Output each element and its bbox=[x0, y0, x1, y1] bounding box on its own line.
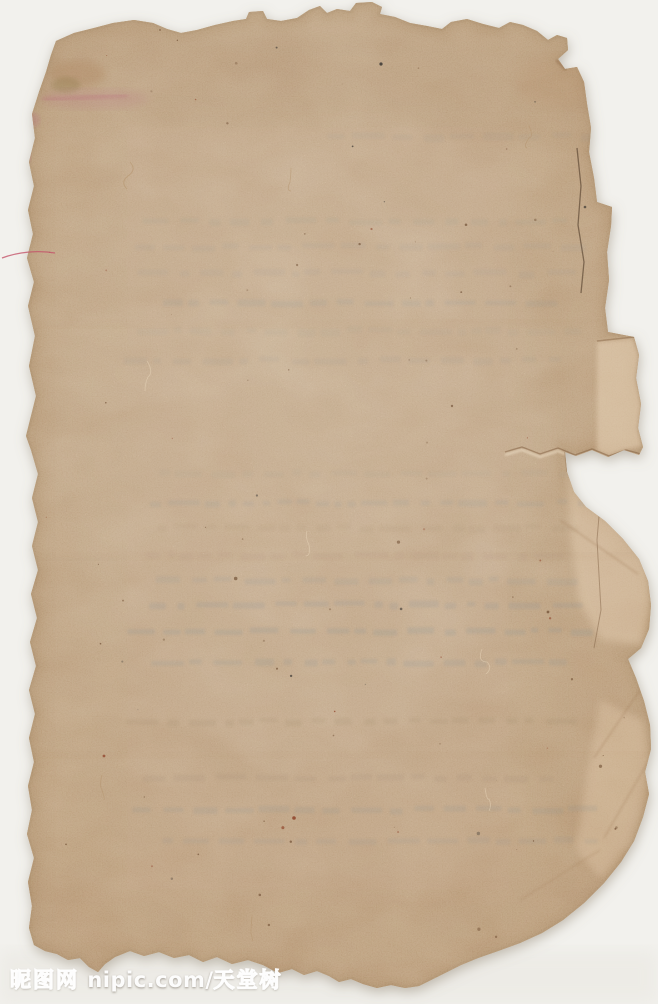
ghost-text-line bbox=[143, 776, 166, 782]
ghost-text-line bbox=[347, 327, 362, 333]
paper-speck bbox=[426, 478, 428, 480]
ghost-text-line bbox=[302, 577, 326, 583]
ghost-text-line bbox=[503, 471, 510, 476]
ghost-text-line bbox=[190, 328, 211, 334]
ghost-text-line bbox=[127, 629, 155, 634]
ghost-text-line bbox=[552, 526, 579, 532]
ghost-text-line bbox=[254, 839, 285, 844]
ghost-text-line bbox=[237, 300, 265, 307]
ghost-text-line bbox=[467, 837, 490, 844]
ghost-text-line bbox=[512, 659, 544, 664]
paper-speck bbox=[205, 527, 206, 528]
paper-speck bbox=[159, 29, 161, 31]
ghost-text-line bbox=[351, 807, 382, 813]
ghost-text-line bbox=[532, 808, 563, 814]
ghost-text-line bbox=[124, 358, 147, 364]
ghost-text-line bbox=[143, 219, 169, 224]
ghost-text-line bbox=[256, 775, 288, 780]
paper-speck bbox=[512, 596, 513, 597]
ghost-text-line bbox=[409, 601, 439, 608]
ghost-text-line bbox=[347, 660, 355, 665]
paper-speck bbox=[268, 924, 270, 926]
ghost-text-line bbox=[185, 629, 206, 635]
ghost-text-line bbox=[247, 328, 257, 333]
paper-speck bbox=[105, 402, 107, 404]
ghost-text-line bbox=[444, 806, 466, 812]
ghost-text-line bbox=[554, 837, 574, 844]
ghost-text-line bbox=[153, 358, 160, 363]
ghost-text-line bbox=[322, 808, 339, 813]
paper-speck bbox=[171, 314, 172, 315]
ghost-text-line bbox=[409, 718, 421, 723]
ghost-text-line bbox=[483, 776, 497, 781]
ghost-text-line bbox=[249, 245, 271, 250]
ghost-text-line bbox=[229, 500, 236, 506]
ghost-text-line bbox=[426, 300, 435, 306]
ghost-text-line bbox=[151, 661, 184, 666]
ghost-text-line bbox=[225, 720, 234, 727]
ghost-text-line bbox=[396, 552, 403, 558]
ghost-text-line bbox=[445, 630, 456, 636]
paper-speck bbox=[614, 828, 616, 830]
ghost-text-line bbox=[485, 603, 499, 610]
ghost-text-line bbox=[280, 525, 290, 531]
ghost-text-line bbox=[364, 718, 375, 725]
paper-speck bbox=[122, 600, 124, 602]
ghost-text-line bbox=[509, 603, 541, 610]
ghost-text-line bbox=[476, 806, 502, 811]
ghost-text-line bbox=[471, 219, 488, 226]
ghost-text-line bbox=[189, 659, 202, 664]
paper-speck bbox=[527, 437, 528, 438]
ghost-text-line bbox=[160, 470, 170, 476]
ghost-text-line bbox=[500, 358, 510, 364]
paper-speck bbox=[397, 540, 400, 543]
ghost-text-line bbox=[528, 330, 556, 335]
paper-speck bbox=[496, 780, 497, 781]
paper-speck bbox=[352, 146, 354, 148]
ghost-text-line bbox=[275, 601, 297, 606]
paper-speck bbox=[177, 40, 178, 41]
ghost-text-line bbox=[239, 719, 254, 725]
ghost-text-line bbox=[294, 807, 314, 813]
ghost-text-line bbox=[175, 471, 202, 476]
ghost-text-line bbox=[168, 500, 200, 506]
ghost-text-line bbox=[364, 472, 390, 477]
ghost-text-line bbox=[296, 499, 309, 504]
ghost-text-line bbox=[322, 659, 335, 664]
paper-speck bbox=[571, 678, 573, 680]
ghost-text-line bbox=[474, 269, 507, 275]
ghost-text-line bbox=[430, 719, 448, 724]
ghost-text-line bbox=[295, 776, 316, 781]
ghost-text-line bbox=[168, 552, 175, 557]
ghost-text-line bbox=[422, 270, 435, 276]
ghost-text-line bbox=[458, 330, 466, 336]
ghost-text-line bbox=[407, 627, 434, 634]
ghost-text-line bbox=[137, 329, 169, 335]
ghost-text-line bbox=[173, 359, 191, 365]
paper-speck bbox=[98, 564, 99, 565]
ghost-text-line bbox=[539, 777, 553, 782]
ghost-text-line bbox=[525, 718, 533, 723]
ghost-text-line bbox=[380, 356, 400, 362]
ghost-text-line bbox=[297, 525, 305, 530]
ghost-text-line bbox=[163, 300, 183, 307]
ghost-text-line bbox=[277, 499, 292, 504]
ghost-text-line bbox=[400, 244, 423, 250]
ghost-text-line bbox=[552, 218, 567, 223]
ghost-text-line bbox=[561, 245, 586, 252]
ghost-text-line bbox=[496, 839, 510, 845]
ghost-text-line bbox=[259, 357, 279, 362]
ghost-text-line bbox=[390, 808, 403, 814]
ghost-text-line bbox=[444, 660, 466, 666]
paper-speck bbox=[235, 62, 238, 65]
paper-speck bbox=[292, 816, 296, 820]
ghost-text-line bbox=[379, 526, 410, 532]
paper-speck bbox=[394, 827, 395, 828]
ghost-text-line bbox=[180, 554, 193, 560]
ghost-text-line bbox=[214, 630, 242, 635]
ghost-text-line bbox=[282, 578, 291, 583]
ghost-text-line bbox=[389, 219, 401, 224]
ghost-text-line bbox=[546, 719, 577, 725]
ghost-text-line bbox=[146, 553, 160, 559]
ghost-text-line bbox=[327, 628, 350, 633]
paper-speck bbox=[599, 765, 602, 768]
paper-speck bbox=[247, 380, 248, 381]
ghost-text-line bbox=[504, 776, 528, 783]
paper-speck bbox=[103, 755, 106, 758]
paper-speck bbox=[329, 608, 331, 610]
paper-speck bbox=[509, 285, 511, 287]
ghost-text-line bbox=[522, 357, 536, 362]
torn-flap-upper bbox=[597, 338, 642, 456]
paper-speck bbox=[172, 438, 173, 439]
ghost-text-line bbox=[245, 579, 276, 585]
ghost-text-line bbox=[163, 838, 173, 844]
paper-speck bbox=[539, 560, 541, 562]
ghost-text-line bbox=[163, 245, 184, 250]
ghost-text-line bbox=[374, 601, 382, 607]
ghost-text-line bbox=[284, 659, 293, 665]
ghost-text-line bbox=[500, 219, 508, 226]
ghost-text-line bbox=[553, 603, 583, 608]
ghost-text-line bbox=[221, 329, 234, 335]
paper-speck bbox=[358, 243, 360, 245]
paper-speck bbox=[197, 854, 199, 856]
ghost-text-line bbox=[354, 629, 366, 634]
paper-speck bbox=[408, 359, 410, 361]
ghost-text-line bbox=[177, 603, 184, 610]
ghost-text-line bbox=[158, 525, 167, 531]
ghost-text-line bbox=[222, 243, 238, 249]
ghost-text-line bbox=[484, 554, 508, 559]
ghost-text-line bbox=[473, 358, 492, 365]
ghost-text-line bbox=[232, 271, 242, 277]
ghost-text-line bbox=[548, 628, 562, 633]
paper-speck bbox=[418, 67, 420, 69]
ghost-text-line bbox=[508, 330, 518, 336]
paper-speck bbox=[242, 538, 244, 540]
ghost-text-line bbox=[290, 629, 316, 634]
paper-speck bbox=[65, 843, 67, 845]
ghost-text-line bbox=[243, 501, 254, 506]
paper-speck bbox=[477, 928, 480, 931]
ghost-text-line bbox=[304, 601, 329, 606]
paper-speck bbox=[259, 894, 262, 897]
paper-speck bbox=[163, 638, 165, 640]
ghost-text-line bbox=[519, 134, 540, 139]
ghost-text-line bbox=[515, 220, 546, 225]
ghost-text-line bbox=[494, 245, 514, 251]
ghost-text-line bbox=[462, 553, 474, 560]
paper-speck bbox=[290, 840, 292, 842]
paper-speck bbox=[296, 264, 298, 266]
paper-speck bbox=[46, 517, 47, 518]
ghost-text-line bbox=[239, 358, 247, 364]
ghost-text-line bbox=[359, 526, 373, 533]
ghost-text-line bbox=[312, 553, 342, 559]
ghost-text-line bbox=[163, 630, 181, 635]
ghost-text-line bbox=[399, 577, 418, 583]
ghost-text-line bbox=[420, 329, 452, 335]
paper-speck bbox=[106, 55, 107, 56]
ghost-text-line bbox=[565, 328, 581, 335]
ghost-text-line bbox=[209, 219, 220, 226]
ghost-text-line bbox=[197, 554, 211, 559]
ghost-text-line bbox=[193, 807, 217, 814]
ghost-text-line bbox=[213, 660, 242, 665]
ghost-text-line bbox=[387, 658, 397, 665]
ghost-text-line bbox=[337, 299, 354, 305]
ghost-text-line bbox=[350, 774, 372, 780]
ghost-text-line bbox=[428, 472, 457, 477]
ghost-text-line bbox=[316, 839, 336, 845]
ghost-text-line bbox=[250, 628, 279, 634]
ghost-text-line bbox=[211, 472, 235, 478]
paper-speck bbox=[506, 148, 507, 149]
paper-speck bbox=[465, 224, 468, 227]
paper-speck bbox=[105, 269, 107, 271]
ghost-text-line bbox=[174, 327, 182, 333]
ghost-text-line bbox=[403, 661, 434, 667]
paper-speck bbox=[533, 840, 534, 841]
paper-speck bbox=[423, 528, 425, 530]
paper-speck bbox=[365, 684, 366, 685]
ghost-text-line bbox=[298, 329, 316, 336]
ghost-text-line bbox=[263, 501, 271, 506]
ghost-text-line bbox=[452, 718, 468, 724]
ghost-text-line bbox=[304, 269, 320, 275]
ghost-text-line bbox=[443, 554, 457, 559]
ghost-text-line bbox=[584, 839, 598, 844]
ghost-text-line bbox=[335, 579, 359, 585]
ghost-text-line bbox=[327, 134, 344, 139]
ghost-text-line bbox=[549, 659, 567, 665]
ghost-text-line bbox=[135, 245, 155, 251]
paper-speck bbox=[623, 717, 625, 719]
paper-speck bbox=[440, 656, 441, 657]
ghost-text-line bbox=[531, 628, 539, 633]
ghost-text-line bbox=[412, 552, 439, 558]
paper-speck bbox=[584, 206, 587, 209]
ghost-text-line bbox=[457, 775, 472, 781]
ghost-text-line bbox=[219, 838, 245, 844]
ghost-text-line bbox=[549, 357, 561, 362]
ghost-text-line bbox=[508, 808, 521, 814]
ghost-text-line bbox=[230, 219, 249, 226]
ghost-text-line bbox=[337, 524, 351, 529]
ghost-text-line bbox=[305, 660, 318, 667]
ghost-text-line bbox=[361, 659, 378, 664]
ghost-text-line bbox=[335, 718, 352, 725]
ghost-text-line bbox=[352, 133, 385, 139]
ghost-text-line bbox=[329, 776, 346, 781]
ghost-text-line bbox=[547, 579, 578, 586]
ghost-text-line bbox=[495, 500, 509, 505]
ghost-text-line bbox=[200, 270, 223, 276]
ghost-text-line bbox=[467, 602, 475, 607]
ghost-text-line bbox=[478, 718, 495, 723]
ghost-text-line bbox=[453, 525, 464, 531]
paper-speck bbox=[534, 219, 537, 222]
ghost-text-line bbox=[524, 243, 551, 248]
ghost-text-line bbox=[485, 301, 516, 306]
paper-speck bbox=[552, 251, 553, 252]
ghost-text-line bbox=[402, 300, 421, 306]
ghost-text-line bbox=[254, 269, 285, 275]
ghost-text-line bbox=[150, 502, 161, 508]
ghost-text-line bbox=[507, 579, 536, 585]
paper-speck bbox=[426, 442, 428, 444]
paper-speck bbox=[137, 709, 138, 710]
paper-speck bbox=[549, 617, 551, 619]
paper-speck bbox=[400, 608, 403, 611]
ghost-text-line bbox=[393, 499, 409, 505]
paper-speck bbox=[342, 83, 343, 84]
paper-speck bbox=[151, 865, 153, 867]
ghost-text-line bbox=[388, 838, 421, 844]
ghost-text-line bbox=[441, 357, 464, 364]
ghost-text-line bbox=[174, 775, 205, 782]
ghost-text-line bbox=[272, 554, 286, 559]
paper-speck bbox=[263, 820, 265, 822]
ghost-text-line bbox=[312, 718, 326, 723]
ghost-text-line bbox=[519, 272, 534, 278]
ghost-text-line bbox=[189, 720, 216, 727]
photo-of-old-paper: 昵图网 nipic.com/天堂树 bbox=[0, 0, 658, 1004]
ghost-text-line bbox=[469, 526, 485, 533]
paper-speck bbox=[415, 241, 416, 242]
ghost-text-line bbox=[428, 243, 461, 250]
old-paper-photo bbox=[0, 0, 658, 1004]
ghost-text-line bbox=[475, 660, 487, 667]
paper-speck bbox=[384, 201, 385, 202]
ghost-text-line bbox=[401, 471, 423, 476]
ghost-text-line bbox=[335, 501, 342, 507]
ghost-text-line bbox=[519, 838, 547, 844]
ghost-text-line bbox=[458, 500, 487, 507]
ghost-text-line bbox=[218, 552, 231, 557]
ghost-text-line bbox=[446, 577, 463, 582]
ghost-text-line bbox=[285, 720, 301, 726]
ghost-text-line bbox=[450, 134, 474, 139]
ghost-text-line bbox=[414, 806, 434, 811]
ghost-text-line bbox=[552, 132, 571, 138]
paper-speck bbox=[603, 755, 604, 756]
ghost-text-line bbox=[295, 839, 307, 845]
paper-speck bbox=[195, 99, 197, 101]
ghost-text-line bbox=[149, 603, 165, 610]
ghost-text-line bbox=[127, 719, 159, 724]
ghost-text-line bbox=[517, 502, 544, 507]
ghost-text-line bbox=[314, 359, 347, 365]
paper-speck bbox=[226, 122, 228, 124]
ghost-text-line bbox=[547, 270, 576, 275]
ghost-text-line bbox=[173, 524, 197, 529]
ghost-text-line bbox=[471, 328, 481, 334]
ghost-text-line bbox=[210, 300, 229, 305]
ghost-text-line bbox=[309, 471, 319, 477]
ghost-text-line bbox=[413, 219, 434, 225]
ghost-text-line bbox=[361, 501, 387, 506]
ghost-text-line bbox=[163, 808, 183, 813]
ghost-text-line bbox=[214, 577, 232, 582]
ghost-text-line bbox=[466, 628, 496, 634]
paper-speck bbox=[547, 747, 548, 748]
paper-speck bbox=[516, 348, 518, 350]
ghost-text-line bbox=[261, 219, 273, 225]
paper-speck bbox=[477, 832, 480, 835]
paper-speck bbox=[333, 735, 335, 737]
ghost-text-line bbox=[423, 526, 443, 531]
paper-speck bbox=[121, 661, 123, 663]
ghost-text-line bbox=[495, 659, 507, 665]
paper-speck bbox=[256, 494, 258, 496]
ghost-text-line bbox=[278, 245, 292, 250]
ghost-text-line bbox=[341, 243, 366, 249]
ghost-text-line bbox=[465, 243, 482, 248]
ghost-text-line bbox=[188, 300, 199, 307]
paper-speck bbox=[100, 643, 102, 645]
ghost-text-line bbox=[193, 578, 208, 583]
paper-speck bbox=[495, 936, 497, 938]
ghost-text-line bbox=[233, 602, 265, 608]
paper-speck bbox=[379, 62, 382, 65]
ghost-text-line bbox=[445, 218, 458, 225]
paper-speck bbox=[290, 675, 292, 677]
ghost-text-line bbox=[519, 554, 527, 561]
paper-speck bbox=[370, 228, 372, 230]
ghost-text-line bbox=[521, 470, 547, 475]
ghost-text-line bbox=[293, 470, 301, 476]
ghost-text-line bbox=[494, 525, 521, 532]
ghost-text-line bbox=[225, 525, 248, 530]
ghost-text-line bbox=[426, 579, 434, 586]
ghost-text-line bbox=[258, 806, 289, 812]
ghost-text-line bbox=[377, 774, 404, 781]
paper-speck bbox=[516, 849, 517, 850]
ghost-text-line bbox=[507, 718, 518, 724]
paper-speck bbox=[425, 360, 427, 362]
ghost-text-line bbox=[243, 471, 254, 477]
ghost-text-line bbox=[271, 301, 303, 307]
ghost-text-line bbox=[390, 603, 398, 610]
ghost-text-line bbox=[424, 135, 444, 142]
paper-speck bbox=[144, 796, 145, 797]
